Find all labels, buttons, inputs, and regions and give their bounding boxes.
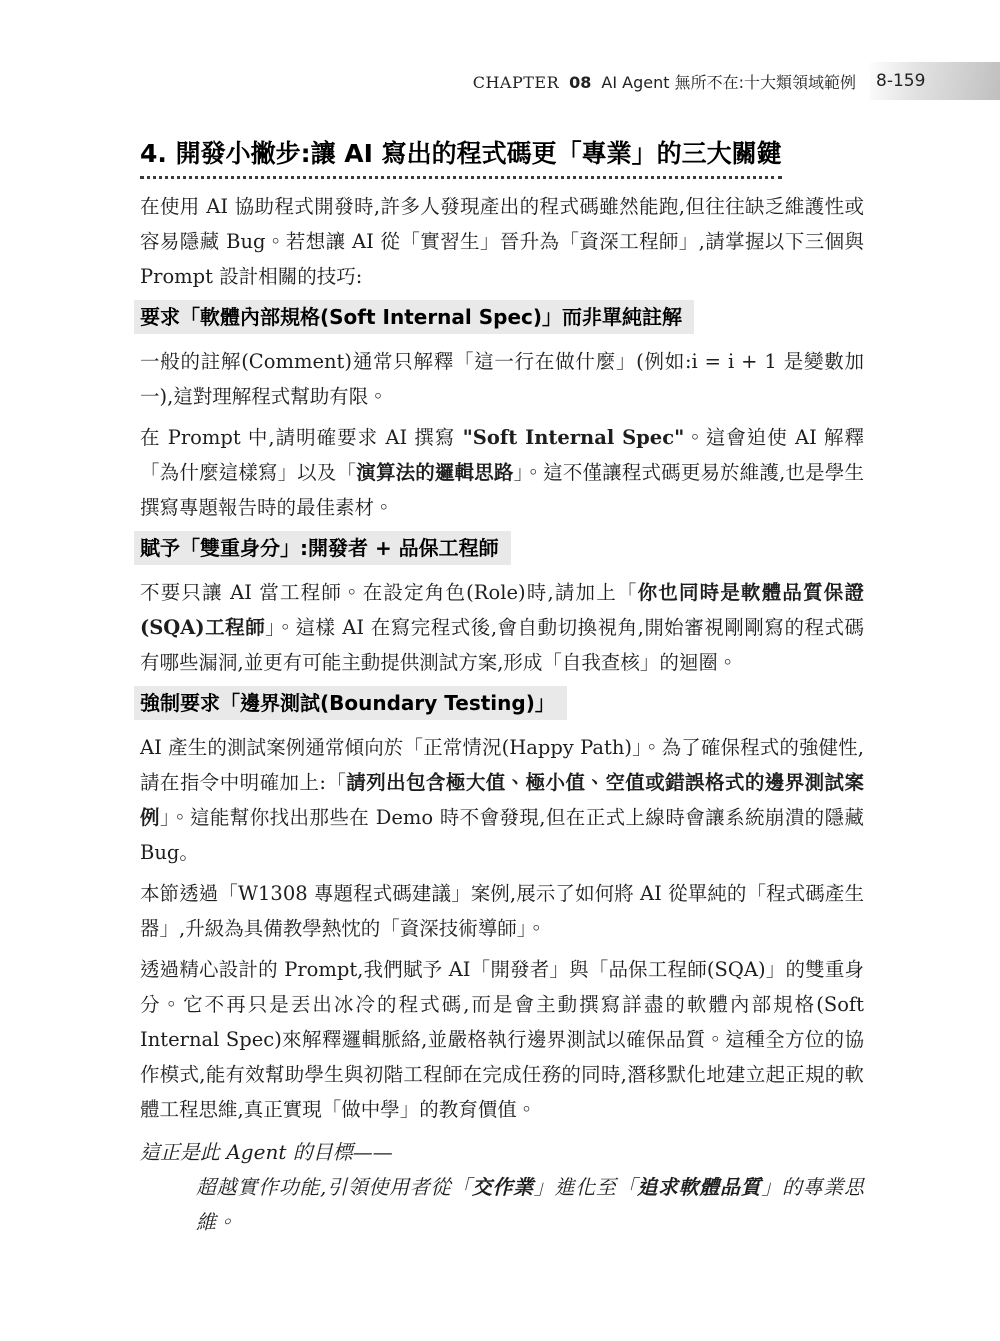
- paragraph-comment: 一般的註解(Comment)通常只解釋「這一行在做什麼」(例如:i = i + …: [140, 344, 864, 414]
- chapter-title: AI Agent 無所不在:十大類領域範例: [601, 70, 856, 93]
- paragraph-prompt: 在 Prompt 中,請明確要求 AI 撰寫 "Soft Internal Sp…: [140, 420, 864, 525]
- chapter-number: 08: [569, 73, 591, 92]
- paragraph-dual-role: 不要只讓 AI 當工程師。在設定角色(Role)時,請加上「你也同時是軟體品質保…: [140, 575, 864, 680]
- chapter-label: CHAPTER: [473, 73, 559, 92]
- section-title: 4. 開發小撇步:讓 AI 寫出的程式碼更「專業」的三大關鍵: [140, 138, 782, 179]
- subsection-heading-dual-wrap: 賦予「雙重身分」:開發者 + 品保工程師: [140, 531, 864, 565]
- paragraph-intro: 在使用 AI 協助程式開發時,許多人發現產出的程式碼雖然能跑,但往往缺乏維護性或…: [140, 189, 864, 294]
- running-header-text: CHAPTER 08 AI Agent 無所不在:十大類領域範例: [473, 70, 856, 93]
- book-page: CHAPTER 08 AI Agent 無所不在:十大類領域範例 8-159 4…: [0, 0, 1000, 1341]
- paragraph-case: 本節透過「W1308 專題程式碼建議」案例,展示了如何將 AI 從單純的「程式碼…: [140, 876, 864, 946]
- running-header: CHAPTER 08 AI Agent 無所不在:十大類領域範例 8-159: [0, 62, 1000, 100]
- paragraph-summary: 透過精心設計的 Prompt,我們賦予 AI「開發者」與「品保工程師(SQA)」…: [140, 952, 864, 1127]
- page-content: 4. 開發小撇步:讓 AI 寫出的程式碼更「專業」的三大關鍵 在使用 AI 協助…: [140, 138, 864, 1240]
- paragraph-boundary: AI 產生的測試案例通常傾向於「正常情況(Happy Path)」。為了確保程式…: [140, 730, 864, 870]
- subsection-heading-spec: 要求「軟體內部規格(Soft Internal Spec)」而非單純註解: [134, 300, 694, 334]
- page-number: 8-159: [870, 71, 925, 91]
- section-title-wrap: 4. 開發小撇步:讓 AI 寫出的程式碼更「專業」的三大關鍵: [140, 138, 864, 179]
- subsection-heading-boundary-wrap: 強制要求「邊界測試(Boundary Testing)」: [140, 686, 864, 720]
- subsection-heading-boundary: 強制要求「邊界測試(Boundary Testing)」: [134, 686, 567, 720]
- subsection-heading-spec-wrap: 要求「軟體內部規格(Soft Internal Spec)」而非單純註解: [140, 300, 864, 334]
- subsection-heading-dual: 賦予「雙重身分」:開發者 + 品保工程師: [134, 531, 511, 565]
- page-number-bar: 8-159: [870, 62, 1000, 100]
- epilogue-lead: 這正是此 Agent 的目標——: [140, 1135, 864, 1170]
- epilogue-main: 超越實作功能,引領使用者從「交作業」進化至「追求軟體品質」的專業思維。: [140, 1170, 864, 1240]
